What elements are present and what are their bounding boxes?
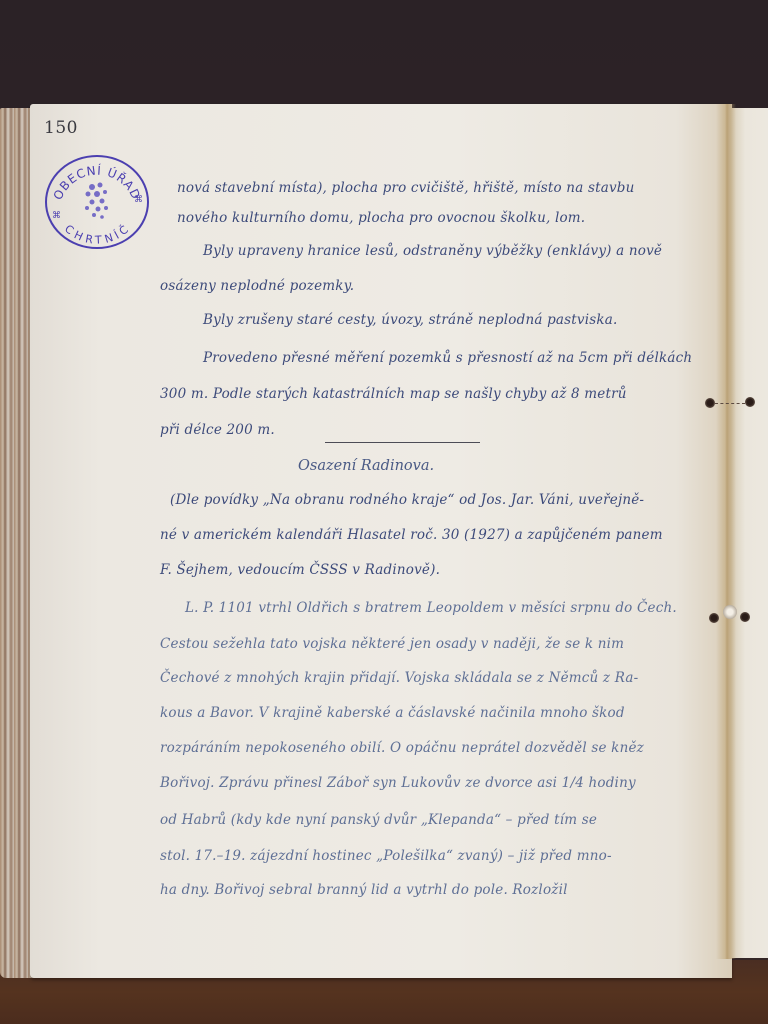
text-line: Byly upraveny hranice lesů, odstraněny v…	[203, 243, 662, 259]
text-line: při délce 200 m.	[160, 422, 275, 438]
text-line: Provedeno přesné měření pozemků s přesno…	[203, 350, 692, 366]
open-ledger-book: 150 OBECNÍ ÚŘAD CHRTNÍČ ⌘ ⌘	[0, 0, 768, 1024]
text-line: L. P. 1101 vtrhl Oldřich s bratrem Leopo…	[185, 600, 677, 616]
text-line: ha dny. Bořivoj sebral branný lid a vytr…	[160, 882, 568, 898]
text-line: od Habrů (kdy kde nyní panský dvůr „Klep…	[160, 812, 597, 828]
text-line: 300 m. Podle starých katastrálních map s…	[160, 386, 627, 402]
text-line: osázeny neplodné pozemky.	[160, 278, 354, 294]
text-line: nová stavební místa), plocha pro cvičišt…	[177, 180, 635, 196]
text-line: Čechové z mnohých krajin přidají. Vojska…	[160, 670, 638, 686]
text-line: Bořivoj. Zprávu přinesl Záboř syn Lukovů…	[160, 775, 636, 791]
handwritten-content: nová stavební místa), plocha pro cvičišt…	[0, 0, 768, 1024]
text-line: nového kulturního domu, plocha pro ovocn…	[177, 210, 585, 226]
text-line: stol. 17.–19. zájezdní hostinec „Polešil…	[160, 848, 612, 864]
text-line: né v americkém kalendáři Hlasatel roč. 3…	[160, 527, 663, 543]
text-line: rozpáráním nepokoseného obilí. O opáčnu …	[160, 740, 644, 756]
text-line: Byly zrušeny staré cesty, úvozy, stráně …	[203, 312, 618, 328]
text-line: F. Šejhem, vedoucím ČSSS v Radinově).	[160, 562, 440, 578]
section-divider	[325, 442, 480, 443]
section-title: Osazení Radinova.	[298, 458, 434, 474]
text-line: kous a Bavor. V krajině kaberské a čásla…	[160, 705, 625, 721]
text-line: (Dle povídky „Na obranu rodného kraje“ o…	[170, 492, 644, 508]
text-line: Cestou sežehla tato vojska některé jen o…	[160, 636, 624, 652]
